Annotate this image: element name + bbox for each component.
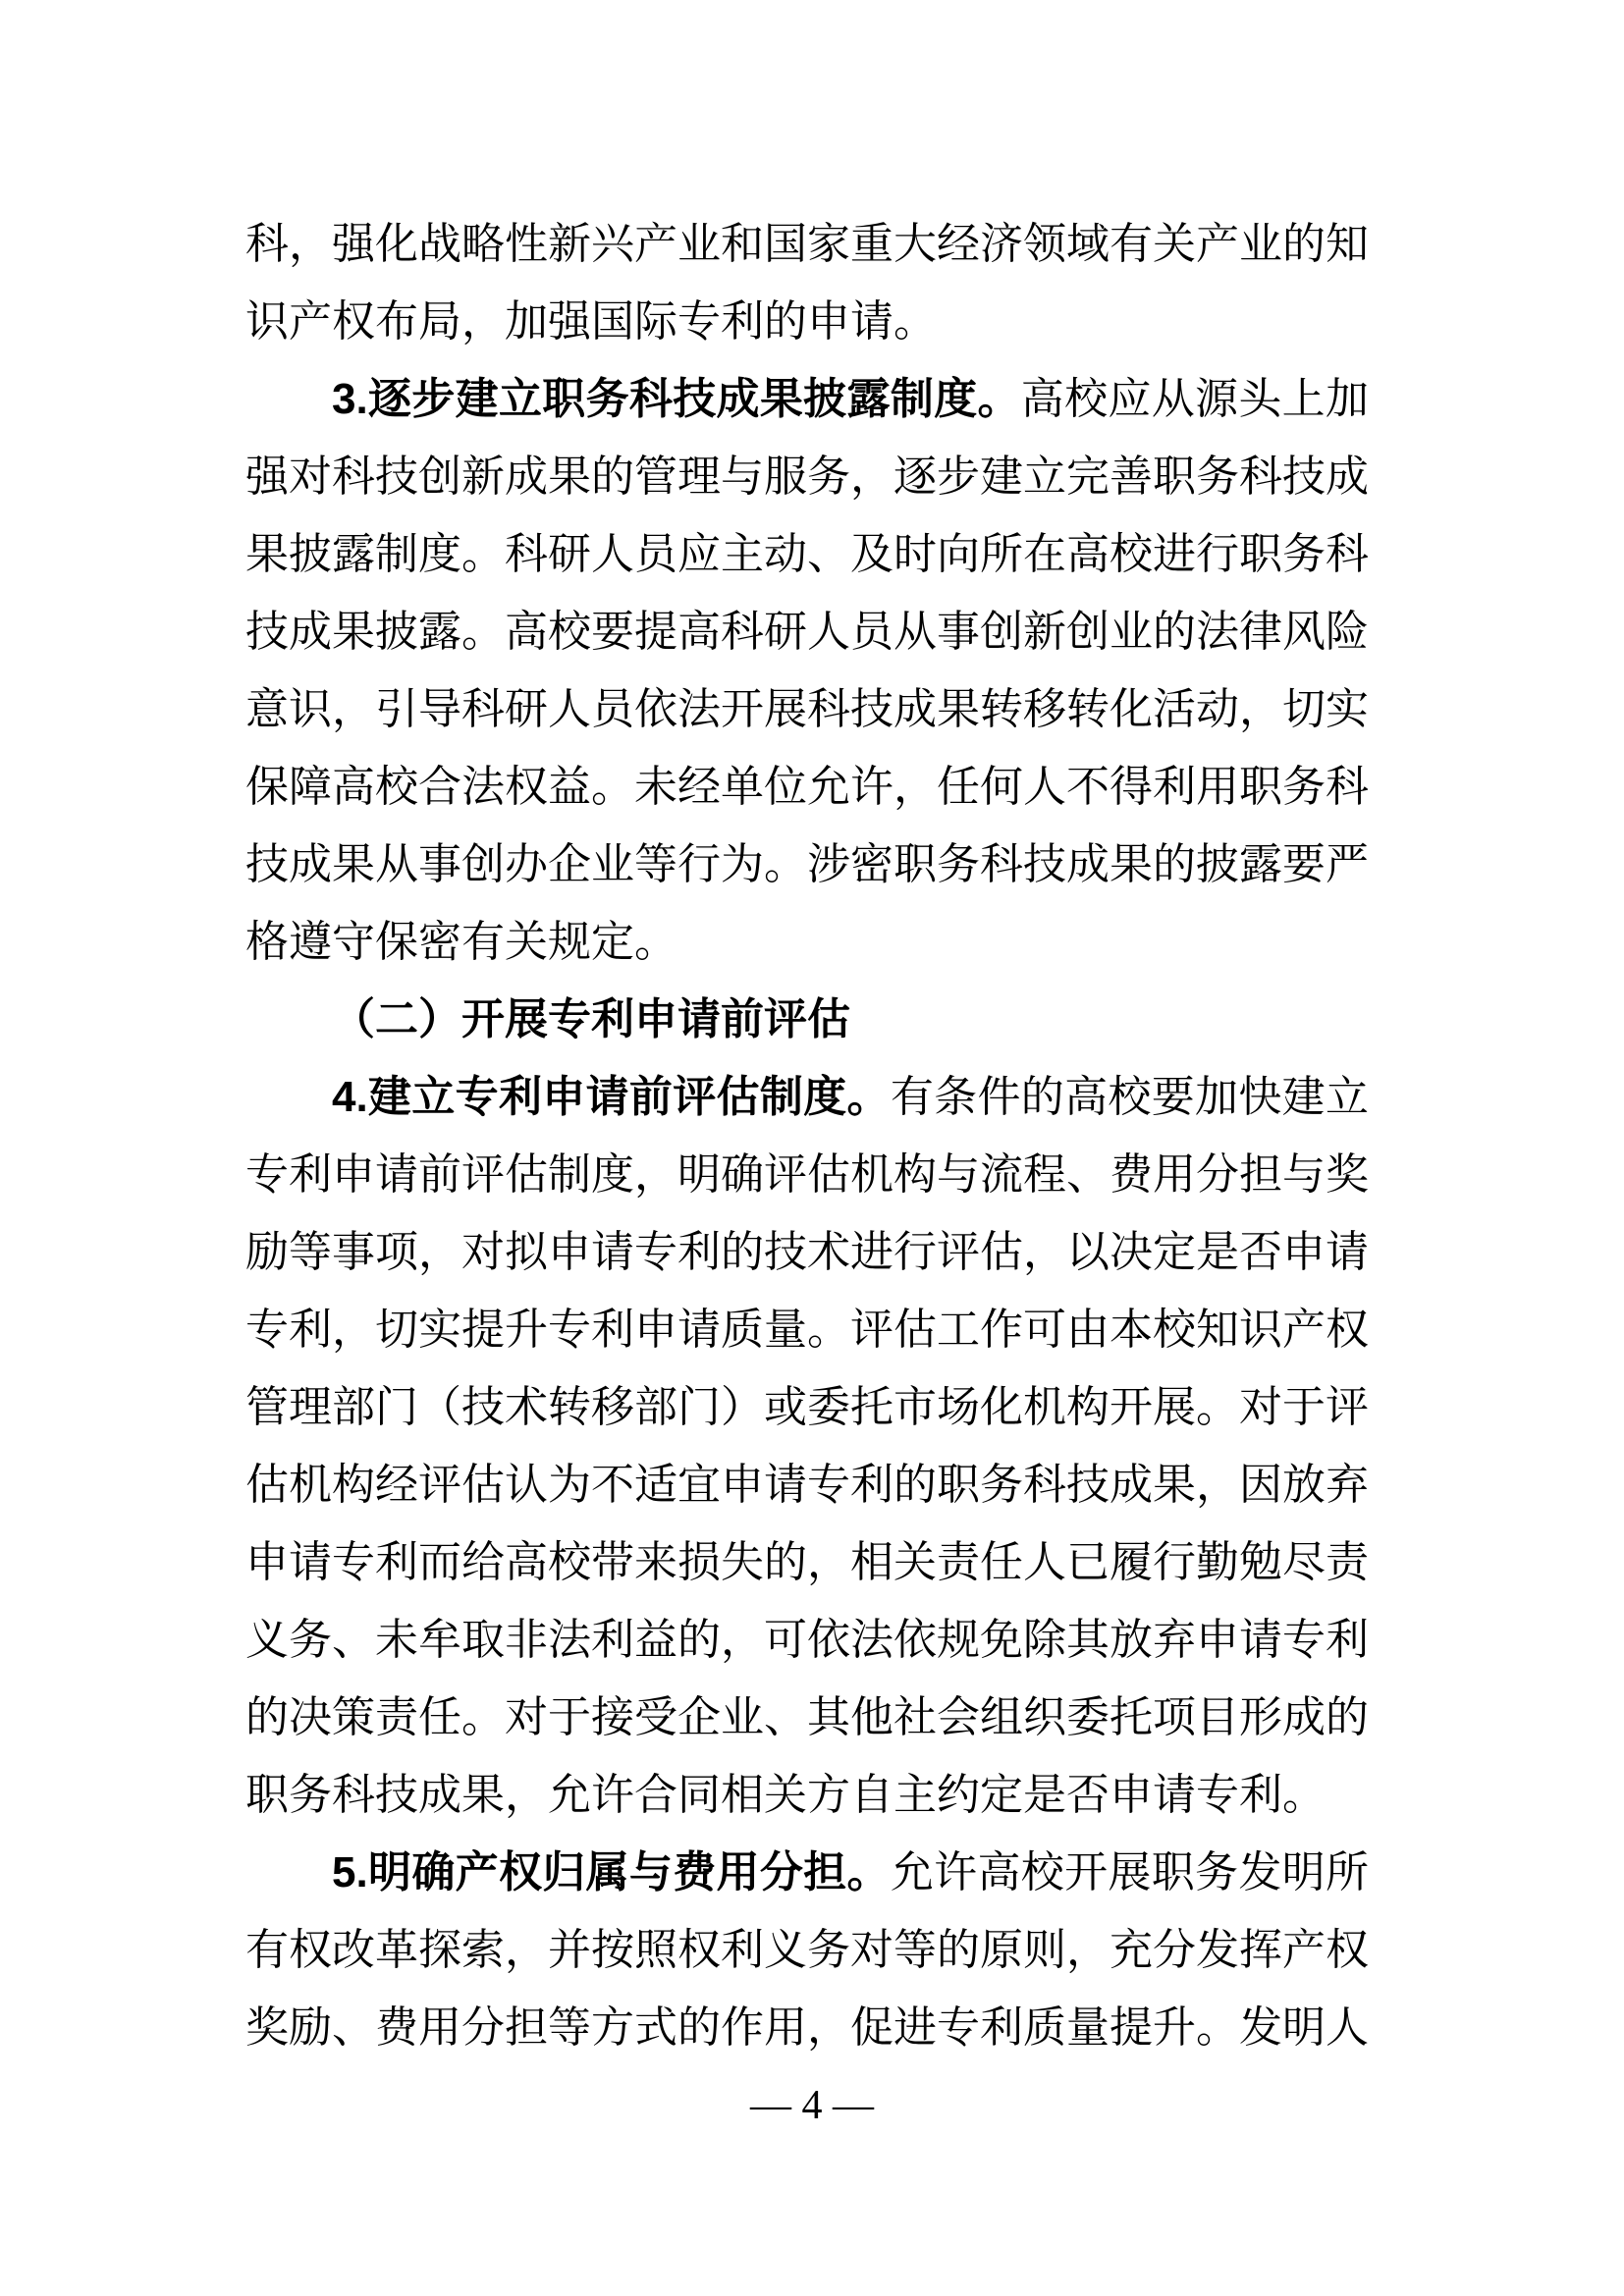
document-body: 科，强化战略性新兴产业和国家重大经济领域有关产业的知识产权布局，加强国际专利的申… [245, 205, 1369, 2066]
section-heading: （二）开展专利申请前评估 [245, 981, 1369, 1058]
document-page: 科，强化战略性新兴产业和国家重大经济领域有关产业的知识产权布局，加强国际专利的申… [0, 0, 1624, 2296]
paragraph-continuation-text: 科，强化战略性新兴产业和国家重大经济领域有关产业的知识产权布局，加强国际专利的申… [245, 220, 1369, 346]
paragraph-item-5: 5.明确产权归属与费用分担。允许高校开展职务发明所有权改革探索，并按照权利义务对… [245, 1834, 1369, 2066]
item-3-bold-label: 3.逐步建立职务科技成果披露制度。 [332, 375, 1021, 423]
paragraph-item-3: 3.逐步建立职务科技成果披露制度。高校应从源头上加强对科技创新成果的管理与服务，… [245, 360, 1369, 981]
item-3-body-text: 高校应从源头上加强对科技创新成果的管理与服务，逐步建立完善职务科技成果披露制度。… [245, 375, 1369, 966]
paragraph-continuation: 科，强化战略性新兴产业和国家重大经济领域有关产业的知识产权布局，加强国际专利的申… [245, 205, 1369, 360]
paragraph-item-4: 4.建立专利申请前评估制度。有条件的高校要加快建立专利申请前评估制度，明确评估机… [245, 1058, 1369, 1834]
item-5-bold-label: 5.明确产权归属与费用分担。 [332, 1848, 891, 1896]
item-4-bold-label: 4.建立专利申请前评估制度。 [332, 1073, 891, 1121]
item-4-body-text: 有条件的高校要加快建立专利申请前评估制度，明确评估机构与流程、费用分担与奖励等事… [245, 1073, 1369, 1819]
page-number: — 4 — [0, 2073, 1624, 2138]
section-heading-text: （二）开展专利申请前评估 [332, 995, 850, 1043]
